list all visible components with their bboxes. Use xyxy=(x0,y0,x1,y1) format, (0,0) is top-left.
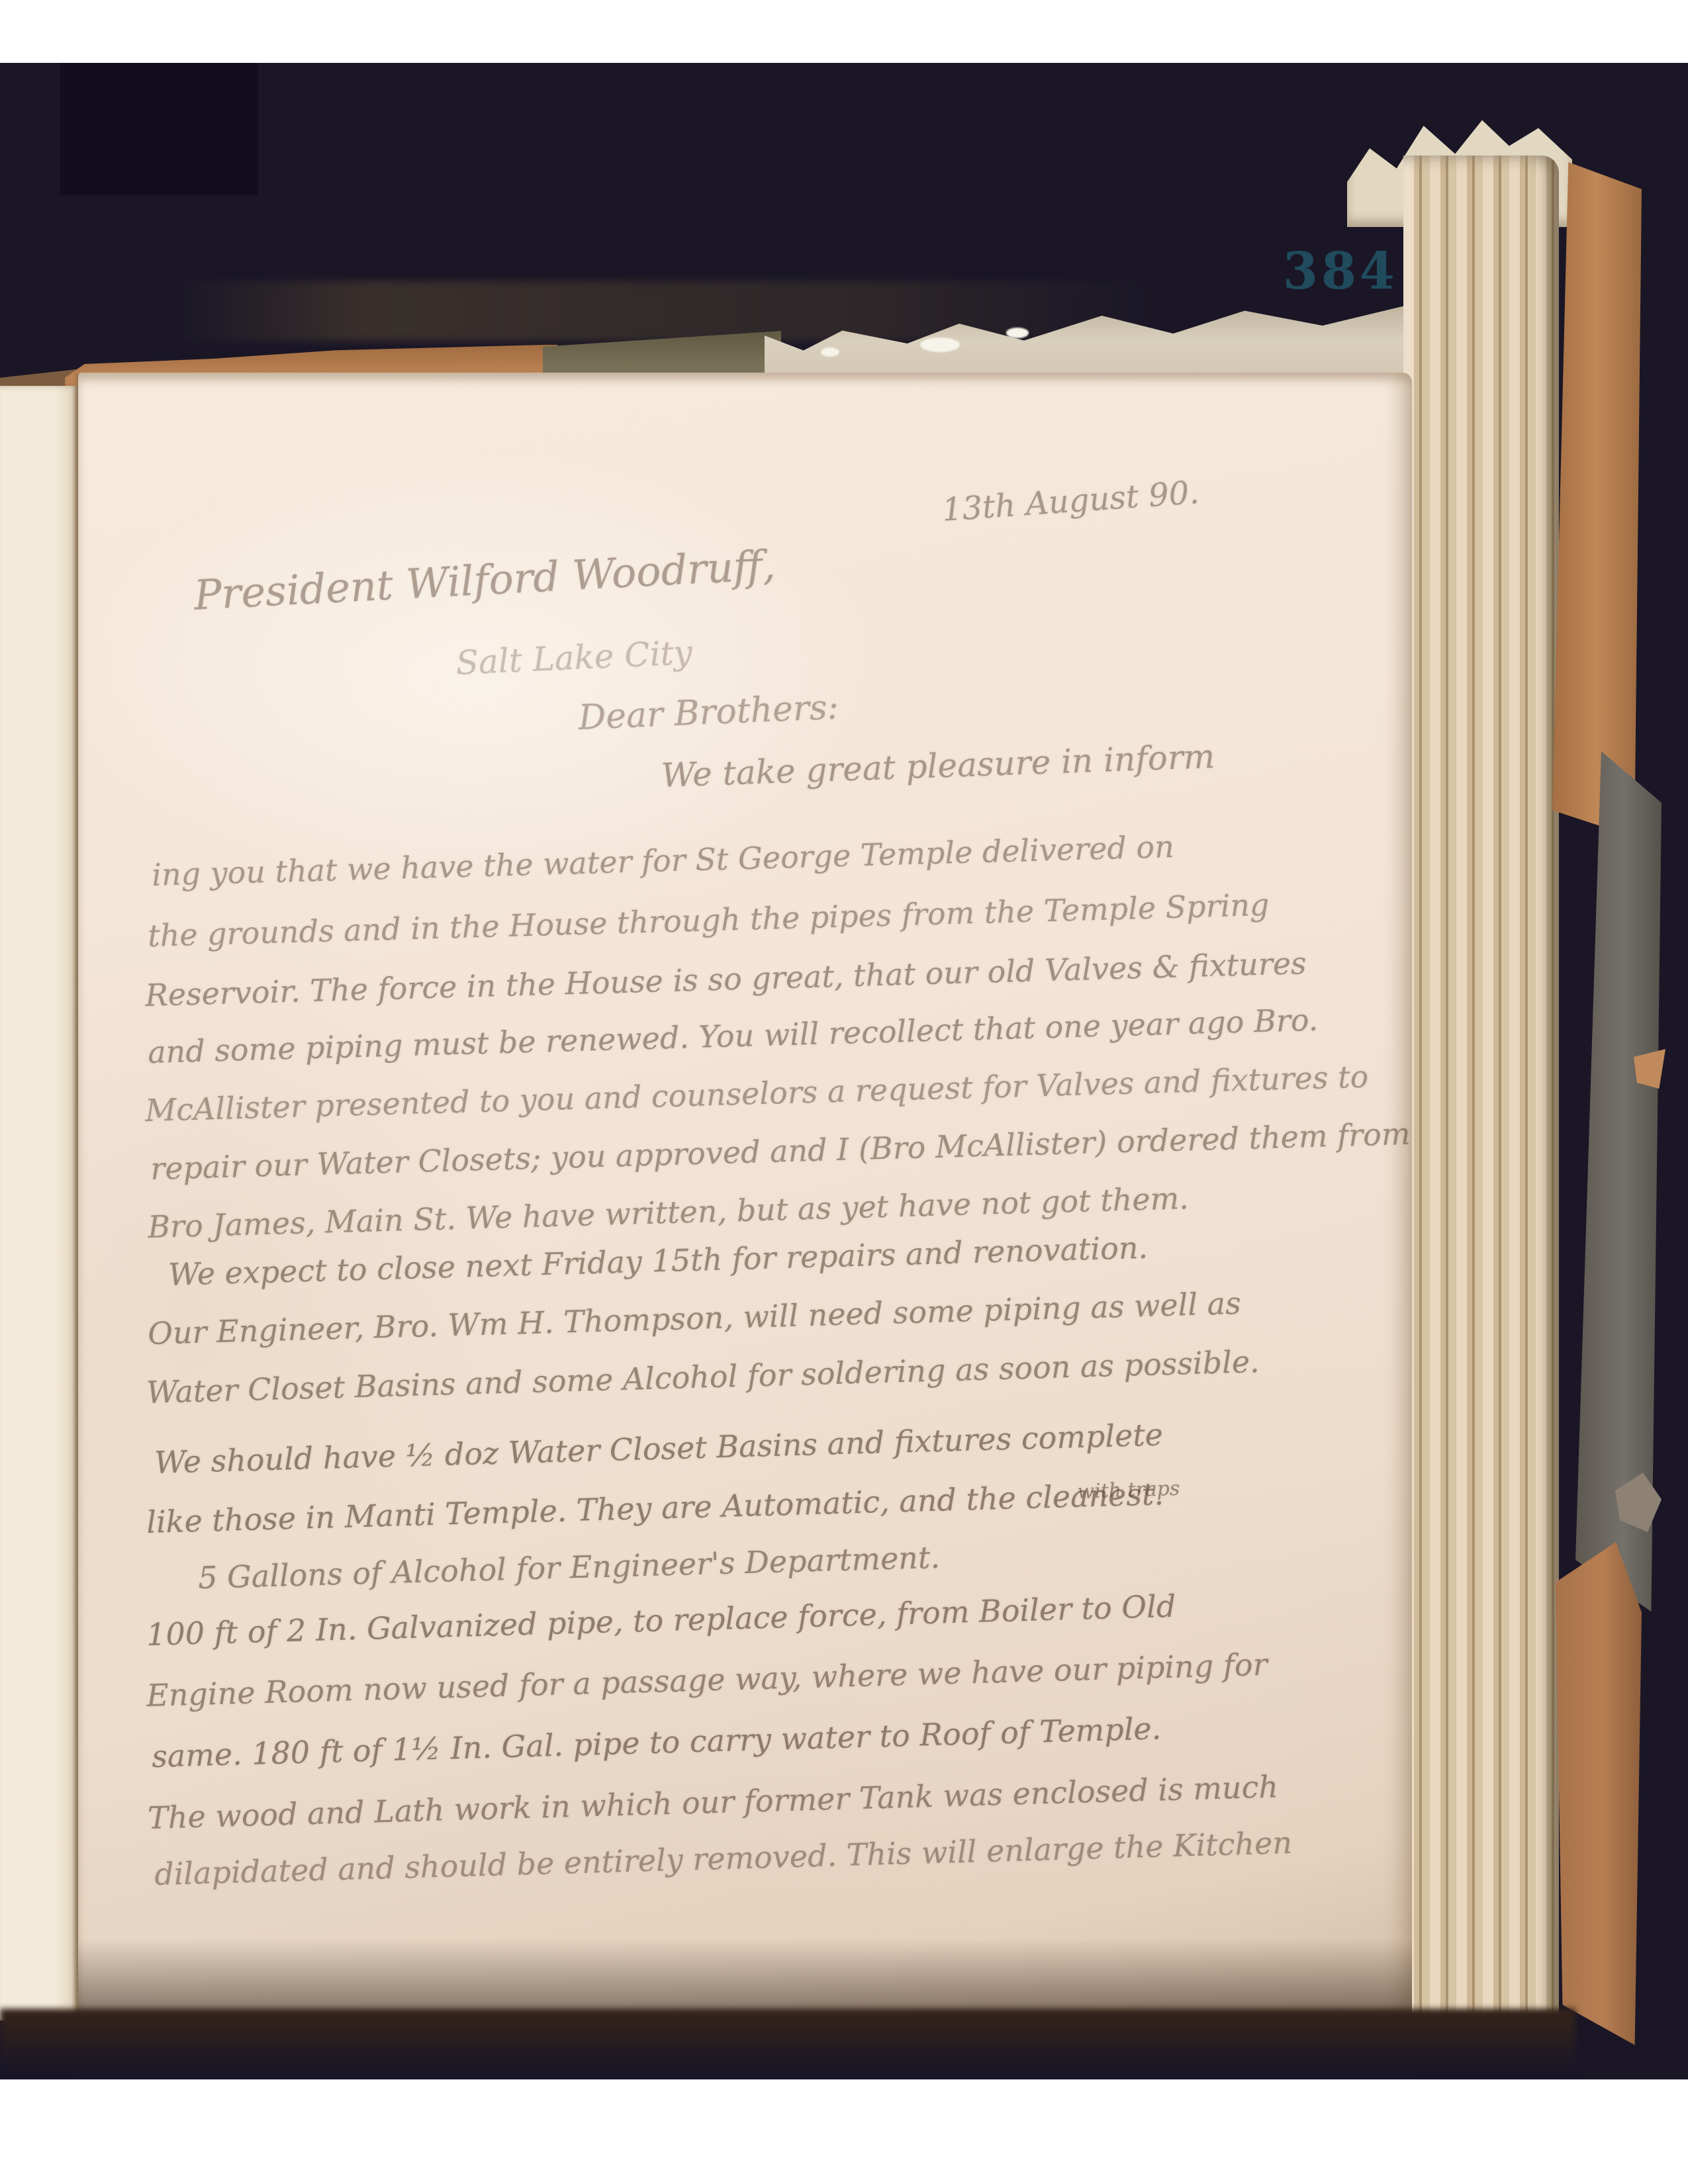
paper-fleck xyxy=(1006,328,1029,338)
page-stack-fore-edge xyxy=(1403,156,1559,2032)
scanned-letterbook-photo: 384 13th August 90. President Wilford Wo… xyxy=(0,0,1688,2184)
left-page-edge xyxy=(0,386,78,2021)
page-number: 384 xyxy=(1283,242,1398,300)
handwritten-interline-note: with traps xyxy=(1077,1477,1180,1504)
page-bottom-shadow xyxy=(0,2009,1575,2079)
cover-kraft-lower xyxy=(1556,1542,1642,2045)
cover-kraft-upper xyxy=(1552,162,1642,837)
photo-backdrop: 384 13th August 90. President Wilford Wo… xyxy=(0,63,1688,2079)
paper-fleck xyxy=(821,347,839,357)
paper-fleck xyxy=(920,338,960,352)
backdrop-shadow xyxy=(60,63,258,195)
